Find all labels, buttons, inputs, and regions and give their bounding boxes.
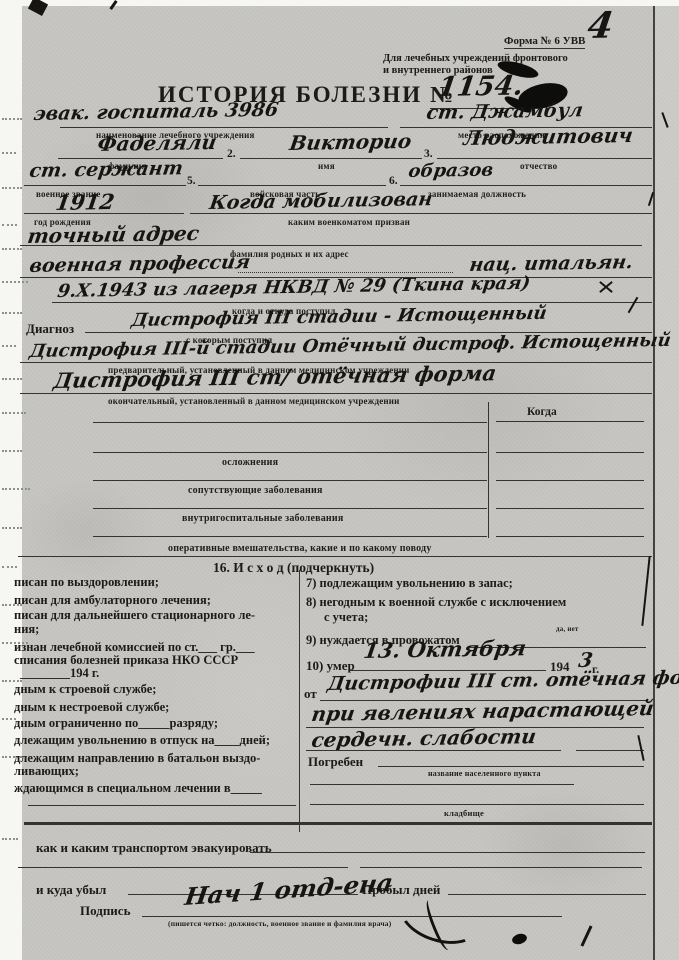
field-profession-value: военная профессия — [28, 251, 252, 277]
field-position-label: занимаемая должность — [428, 189, 526, 199]
margin-dash — [2, 412, 26, 414]
table-line — [496, 421, 644, 422]
margin-dash — [2, 224, 17, 226]
field-location-value: ст. Джамбул — [425, 99, 584, 124]
cause-from-label: от — [304, 686, 317, 702]
adjacent-page-strip — [655, 6, 679, 960]
scanned-medical-form: Форма № 6 УВВ 4 Для лечебных учреждений … — [0, 0, 679, 960]
margin-dash — [2, 152, 16, 154]
margin-dash — [2, 118, 22, 120]
field-patronymic-label: отчество — [520, 161, 557, 171]
margin-dash — [2, 248, 22, 250]
field-line — [448, 894, 646, 895]
field-address-value: точный адрес — [26, 221, 201, 248]
field-line — [142, 916, 562, 917]
field-line — [240, 158, 422, 159]
outcome-left-item: дным ограниченно по_____разряду; — [14, 716, 218, 731]
field-position-value: образов — [407, 160, 495, 182]
death-date-value: 13. Октября — [362, 635, 528, 663]
field-line — [18, 867, 348, 868]
field-number-3: 3. — [424, 148, 433, 160]
table-line — [496, 536, 644, 537]
field-institution-value: эвак. госпиталь 3986 — [32, 99, 280, 125]
table-line — [93, 480, 487, 481]
outcome-left-item: дным к нестроевой службе; — [14, 700, 169, 715]
field-number-5: 5. — [187, 175, 196, 187]
field-line — [250, 852, 645, 853]
when-column-divider — [488, 402, 489, 538]
field-line — [310, 784, 574, 785]
outcome-left-item: писан по выздоровлении; — [14, 575, 159, 590]
margin-dash — [2, 527, 22, 529]
form-number-label: Форма № 6 УВВ — [504, 35, 585, 49]
outcome-left-item: длежащим увольнению в отпуск на____дней; — [14, 733, 270, 748]
margin-dash — [2, 378, 22, 380]
departed-label: и куда убыл — [36, 882, 106, 898]
outcome-heading: 16. И с х о д (подчеркнуть) — [213, 560, 374, 576]
audience-line1: Для лечебных учреждений фронтового — [383, 53, 568, 64]
outcome-item-8b: с учета; — [324, 610, 368, 625]
field-line — [28, 805, 296, 806]
field-name-label: имя — [318, 161, 335, 171]
outcome-left-item: дным к строевой службе; — [14, 682, 156, 697]
when-column-header: Когда — [527, 406, 557, 418]
buried-label: Погребен — [308, 754, 363, 770]
outcome-left-item: ливающих; — [14, 764, 79, 779]
field-rank-value: ст. сержант — [28, 157, 184, 182]
settlement-label: название населенного пункта — [428, 769, 541, 778]
outcome-left-item: писан для амбулаторного лечения; — [14, 593, 211, 608]
margin-dash — [2, 488, 30, 490]
field-line — [306, 750, 561, 751]
escort-hint: да, нет — [556, 625, 579, 633]
inhospital-label: внутригоспитальные заболевания — [182, 513, 343, 524]
field-line — [24, 185, 186, 186]
field-line — [400, 185, 652, 186]
outcome-item-7: 7) подлежащим увольнению в запас; — [306, 576, 513, 591]
signature-note: (пишется четко: должность, военное звани… — [168, 919, 391, 928]
field-birth-year-value: 1912 — [54, 189, 116, 215]
outcome-left-item: ния; — [14, 622, 39, 637]
margin-dash — [2, 281, 28, 283]
complications-label: осложнения — [222, 457, 278, 468]
outcome-left-item: писан для дальнейшего стационарного ле- — [14, 608, 255, 623]
table-line — [93, 422, 487, 423]
field-line — [190, 213, 652, 214]
field-recruited-value: Когда мобилизован — [208, 188, 434, 214]
field-line — [52, 302, 652, 303]
field-line — [437, 158, 652, 159]
table-line — [496, 508, 644, 509]
field-surname-value: Фаделяли — [96, 130, 218, 156]
margin-dash — [2, 187, 22, 189]
field-line — [310, 804, 644, 805]
margin-dash — [2, 838, 18, 840]
field-line — [20, 245, 642, 246]
margin-dash — [2, 566, 17, 568]
dotted-leader — [238, 272, 453, 273]
field-recruited-label: каким военкоматом призван — [288, 217, 410, 227]
field-patronymic-value: Люджитович — [462, 123, 635, 150]
table-line — [496, 452, 644, 453]
cause-line3: сердечн. слабости — [310, 724, 538, 752]
field-nationality-value: нац. итальян. — [468, 251, 634, 276]
heavy-rule — [24, 822, 652, 825]
margin-dash — [2, 450, 22, 452]
outcome-column-divider — [299, 570, 300, 832]
table-line — [93, 452, 487, 453]
table-line — [496, 480, 644, 481]
field-line — [20, 393, 652, 394]
field-line — [360, 867, 642, 868]
signature-label: Подпись — [80, 903, 130, 919]
field-line — [24, 213, 184, 214]
concomitant-label: сопутствующие заболевания — [188, 485, 323, 496]
field-line — [378, 766, 644, 767]
outcome-left-item: ждающимся в специальном лечении в_____ — [14, 781, 262, 796]
margin-dash — [2, 312, 22, 314]
outcome-left-item: ________194 г. — [20, 666, 99, 681]
table-line — [93, 536, 487, 537]
transport-label: как и каким транспортом эвакуировать — [36, 840, 272, 856]
field-line — [198, 185, 386, 186]
field-number-2: 2. — [227, 148, 236, 160]
field-name-value: Викторио — [288, 129, 413, 155]
diagnosis-final-label: окончательный, установленный в данном ме… — [108, 396, 400, 406]
diagnosis-caption: Диагноз — [26, 321, 74, 337]
table-line — [93, 508, 487, 509]
margin-dash — [2, 345, 16, 347]
field-number-6: 6. — [389, 175, 398, 187]
field-line — [60, 127, 388, 128]
operations-label: оперативные вмешательства, какие и по ка… — [168, 543, 432, 554]
field-line — [576, 750, 644, 751]
cemetery-label: кладбище — [444, 808, 484, 818]
outcome-item-8: 8) негодным к военной службе с исключени… — [306, 595, 566, 610]
section-divider-line — [18, 556, 652, 557]
death-date-prefix: 10) умер — [306, 658, 355, 674]
